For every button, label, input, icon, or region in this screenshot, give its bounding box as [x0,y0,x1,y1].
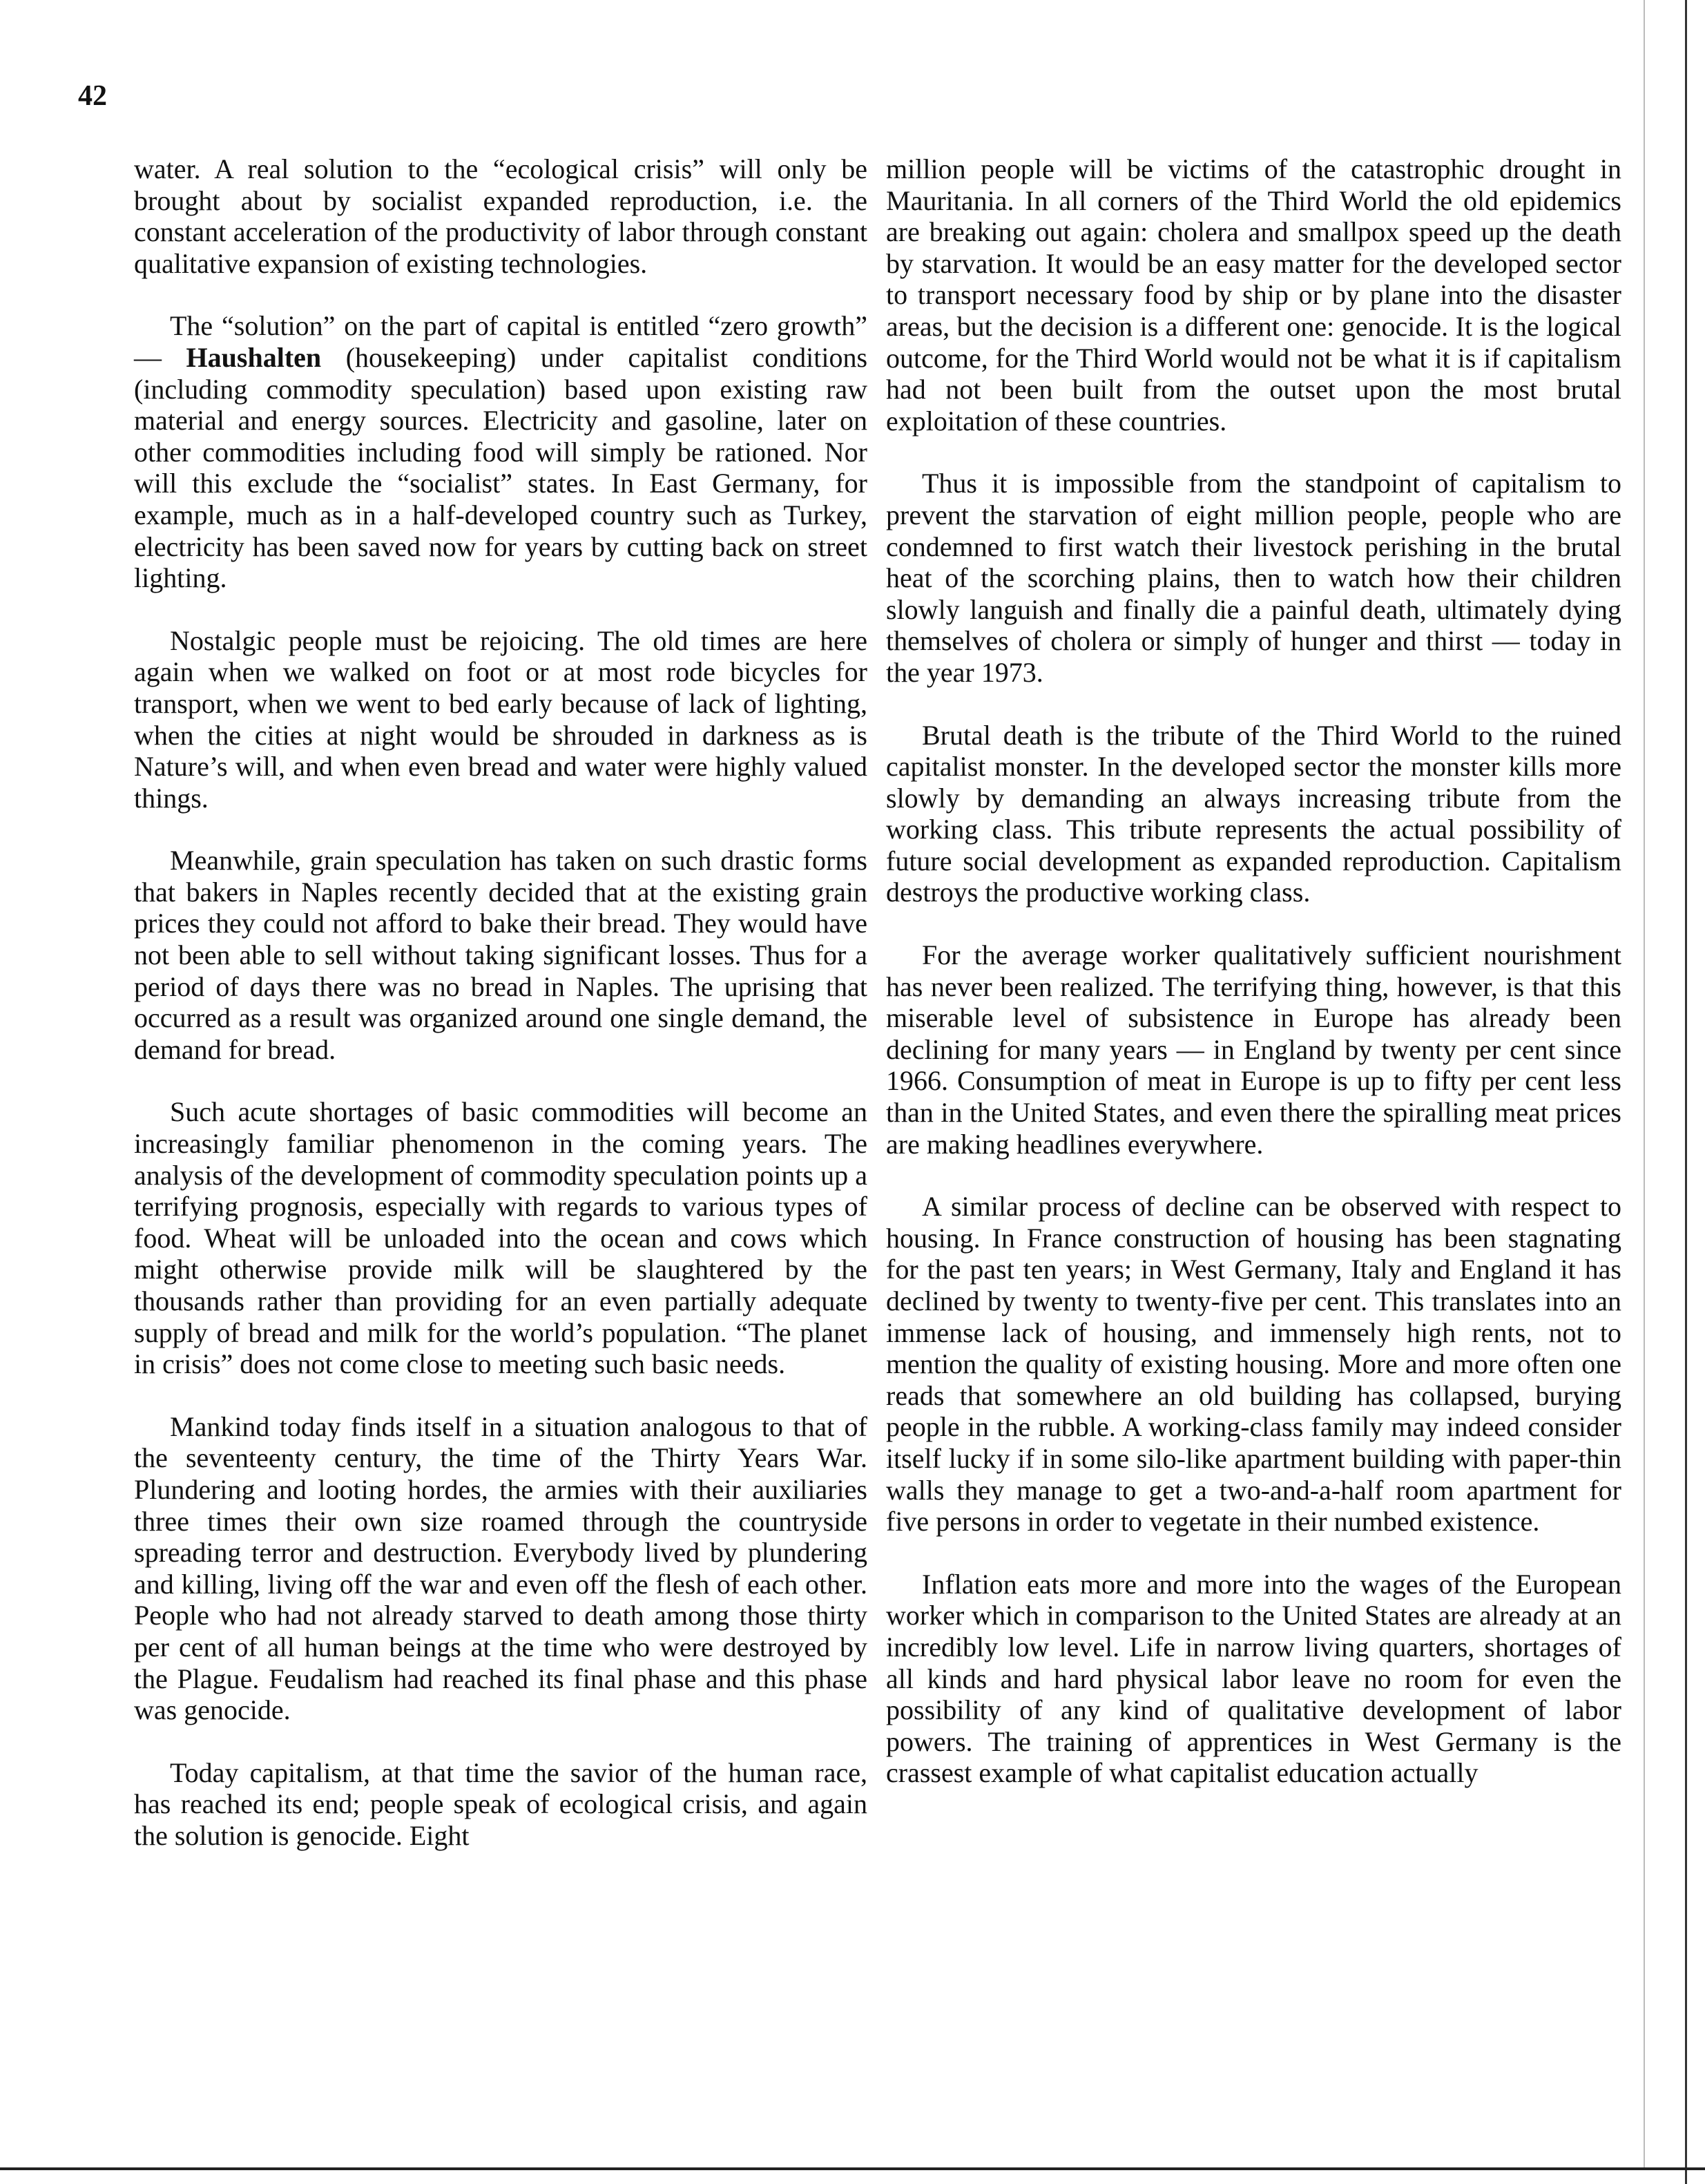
paragraph-text: The “solution” on the part of capital is… [134,310,867,593]
paragraph: Thus it is impossible from the standpoin… [886,468,1621,688]
paragraph: Today capitalism, at that time the savio… [134,1757,867,1852]
paragraph: A similar process of decline can be obse… [886,1191,1621,1538]
paragraph: Mankind today finds itself in a situatio… [134,1411,867,1726]
page-edge-shadow [1644,0,1645,2169]
paragraph: Meanwhile, grain speculation has taken o… [134,845,867,1065]
paragraph: Such acute shortages of basic commoditie… [134,1096,867,1379]
paragraph: Brutal death is the tribute of the Third… [886,720,1621,909]
paragraph: For the average worker qualitatively suf… [886,939,1621,1160]
paragraph: Inflation eats more and more into the wa… [886,1569,1621,1789]
document-page: 42 water. A real solution to the “ecolog… [0,0,1705,2184]
paragraph: water. A real solution to the “ecologica… [134,153,867,279]
left-column: water. A real solution to the “ecologica… [134,153,867,1883]
paragraph-zero-growth: The “solution” on the part of capital is… [134,310,867,593]
bold-term: Haushalten [186,342,322,373]
right-column: million people will be victims of the ca… [886,153,1621,1820]
bottom-edge-line [0,2167,1705,2170]
page-edge-line [1685,0,1687,2184]
paragraph: million people will be victims of the ca… [886,153,1621,437]
paragraph: Nostalgic people must be rejoicing. The … [134,625,867,814]
page-number: 42 [78,79,107,113]
